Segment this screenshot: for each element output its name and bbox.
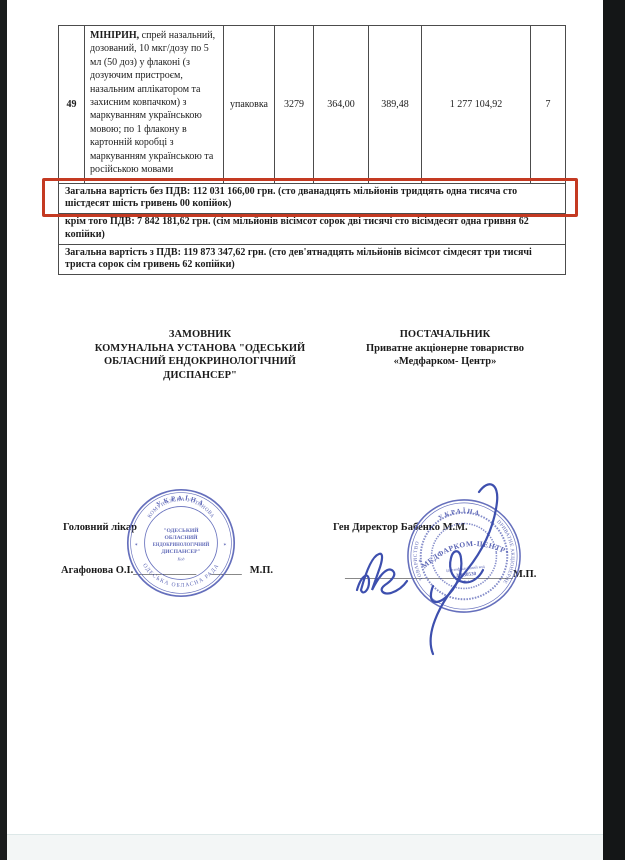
item-price-cell: 364,00 [314, 26, 369, 184]
items-table: 49 МІНІРИН, спрей назальний, дозований, … [58, 25, 566, 275]
item-price-vat-cell: 389,48 [369, 26, 422, 184]
item-lot-cell: 7 [531, 26, 566, 184]
left-signature-name: Агафонова О.І. [61, 565, 133, 576]
star-icon: ✶ [223, 542, 227, 548]
stamp-center-line: ЕНДОКРИНОЛОГІЧНИЙ [153, 542, 210, 548]
totals-row-vat: крім того ПДВ: 7 842 181,62 грн. (сім мі… [59, 214, 566, 244]
stamp-center-line: ДИСПАНСЕР" [161, 549, 200, 555]
customer-name: КОМУНАЛЬНА УСТАНОВА "ОДЕСЬКИЙ ОБЛАСНИЙ Е… [95, 343, 305, 381]
item-qty-cell: 3279 [275, 26, 314, 184]
document-page: 49 МІНІРИН, спрей назальний, дозований, … [7, 0, 603, 835]
item-number-cell: 49 [59, 26, 85, 184]
supplier-title: ПОСТАЧАЛЬНИК [340, 328, 550, 342]
item-row: 49 МІНІРИН, спрей назальний, дозований, … [59, 26, 566, 184]
scanned-contract-page: 49 МІНІРИН, спрей назальний, дозований, … [0, 0, 625, 860]
stamp-center-line: Код [177, 557, 186, 562]
left-mp-label: М.П. [250, 565, 273, 576]
customer-stamp: УКРАЇНА КОМУНАЛЬНА УСТАНОВА ОДЕСЬКА ОБЛА… [125, 487, 237, 599]
item-unit-cell: упаковка [224, 26, 275, 184]
stamp-center-line: "ОДЕСЬКИЙ [163, 526, 199, 534]
supplier-name-line1: Приватне акціонерне товариство [340, 342, 550, 356]
customer-title: ЗАМОВНИК [75, 328, 325, 342]
totals-row-with-vat: Загальна вартість з ПДВ: 119 873 347,62 … [59, 244, 566, 274]
item-total-cell: 1 277 104,92 [422, 26, 531, 184]
scan-border-left [0, 0, 7, 860]
stamp-center-line: ОБЛАСНИЙ [165, 533, 199, 541]
item-description-cell: МІНІРИН, спрей назальний, дозований, 10 … [85, 26, 224, 184]
vat-amount-text: крім того ПДВ: 7 842 181,62 грн. (сім мі… [59, 214, 566, 244]
supplier-name-line2: «Медфарком- Центр» [394, 356, 497, 367]
total-without-vat-text: Загальна вартість без ПДВ: 112 031 166,0… [59, 184, 566, 214]
scan-border-right [603, 0, 625, 860]
customer-block: ЗАМОВНИК КОМУНАЛЬНА УСТАНОВА "ОДЕСЬКИЙ О… [75, 328, 325, 382]
drug-description: спрей назальний, дозований, 10 мкг/дозу … [90, 30, 215, 175]
signature-scribble [337, 476, 537, 671]
totals-row-no-vat: Загальна вартість без ПДВ: 112 031 166,0… [59, 184, 566, 214]
supplier-block: ПОСТАЧАЛЬНИК Приватне акціонерне товарис… [340, 328, 550, 369]
drug-name: МІНІРИН, [90, 30, 139, 41]
star-icon: ✶ [134, 542, 138, 548]
total-with-vat-text: Загальна вартість з ПДВ: 119 873 347,62 … [59, 244, 566, 274]
